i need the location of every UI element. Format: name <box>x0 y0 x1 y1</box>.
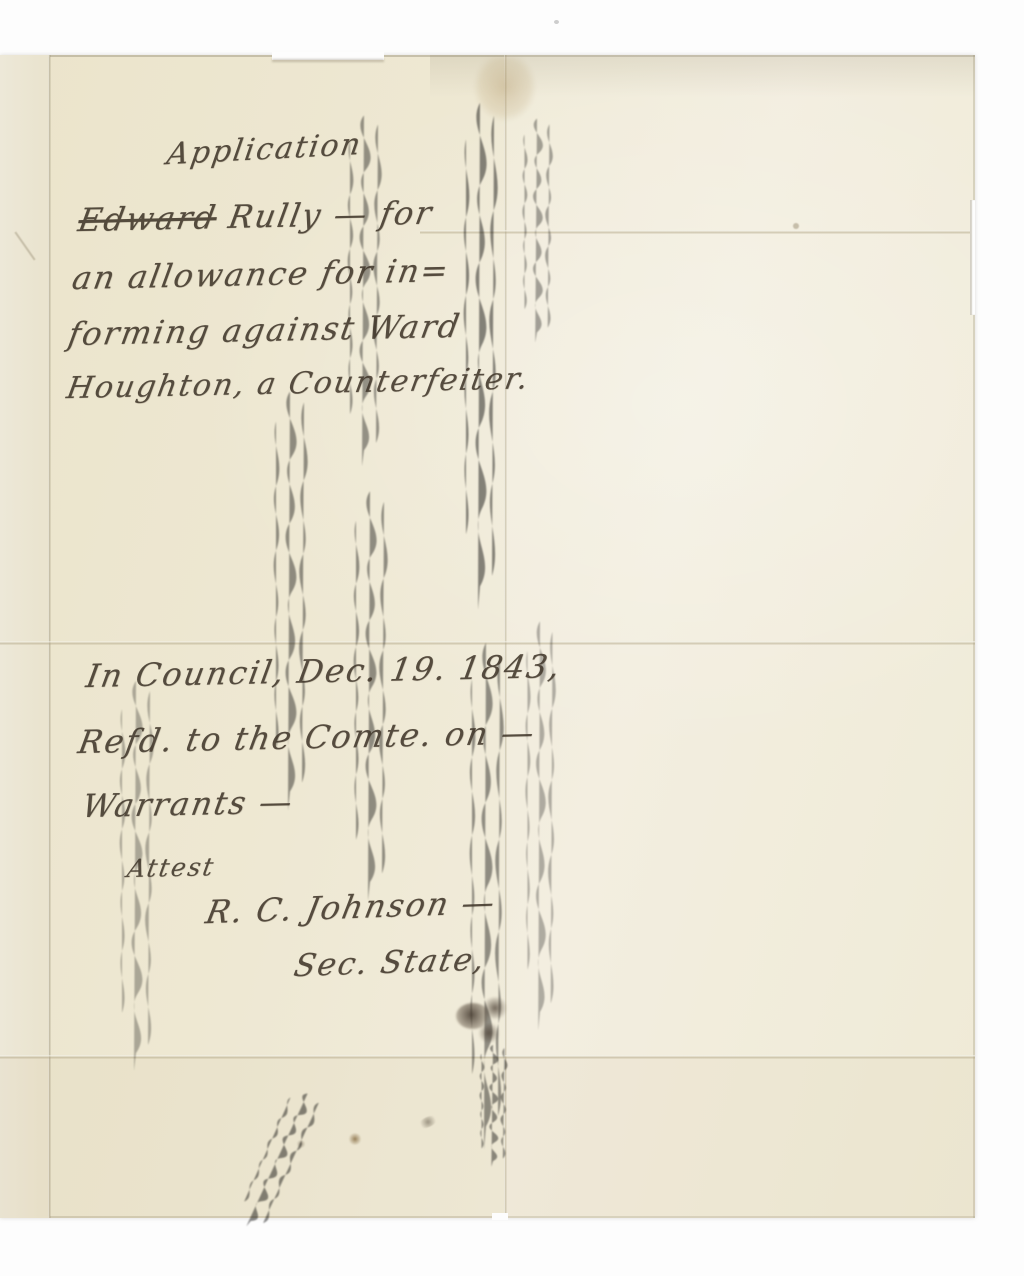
petition-line-1: Edward Rully — for <box>75 194 436 240</box>
fold-crease-left <box>48 55 51 1218</box>
torn-edge-shadow <box>272 59 384 62</box>
paper-sheet: Application Edward Rully — for an allowa… <box>0 55 975 1218</box>
speck <box>793 223 799 229</box>
attest-label: Attest <box>125 852 217 883</box>
docket-heading: Application <box>164 127 364 173</box>
council-committee-line: Warrants — <box>79 783 296 826</box>
foxing-spot <box>348 1133 362 1145</box>
ink-bleed-through <box>512 115 562 345</box>
pencil-bleed-through <box>470 1043 516 1168</box>
document-scan: Application Edward Rully — for an allowa… <box>0 0 1024 1276</box>
signer-title: Sec. State, <box>291 941 489 984</box>
ink-bleed-through <box>452 95 508 615</box>
petition-line-2: an allowance for in= <box>69 251 453 297</box>
ink-bleed-through <box>342 485 398 905</box>
edge-chip <box>970 200 975 315</box>
petition-line-1-rest: Rully — for <box>213 194 436 237</box>
signature: R. C. Johnson — <box>203 883 500 931</box>
folded-edge-strip <box>0 55 50 1218</box>
petition-line-3: forming against Ward <box>65 307 464 353</box>
scanner-margin-speck <box>554 20 559 24</box>
struck-word: Edward <box>75 198 220 239</box>
edge-chip <box>492 1213 508 1220</box>
ink-blot <box>452 997 514 1049</box>
